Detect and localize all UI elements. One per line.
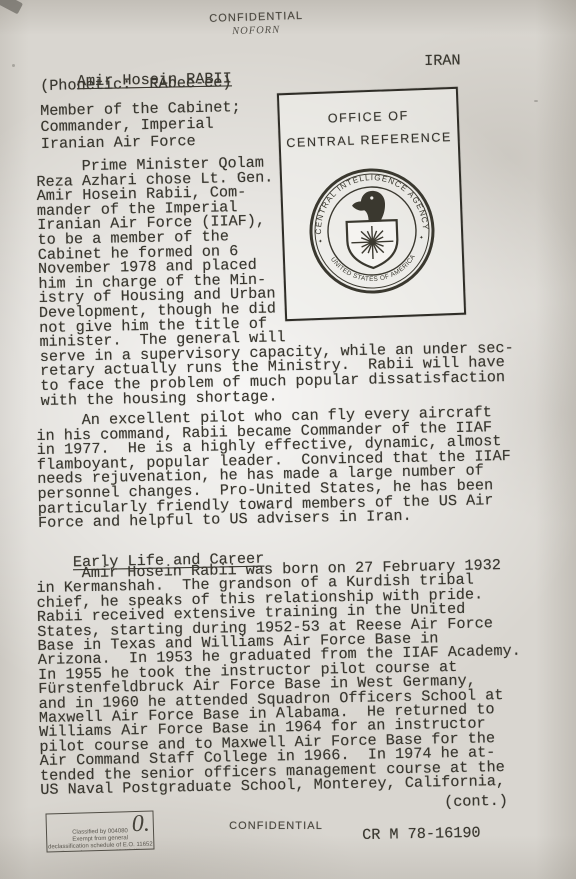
scan-speck bbox=[12, 64, 15, 67]
document-number: CR M 78-16190 bbox=[362, 826, 481, 843]
stamp-handwritten-mark: 0. bbox=[132, 821, 150, 828]
classification-footer: CONFIDENTIAL bbox=[226, 820, 326, 832]
subject-titles: Member of the Cabinet; Commander, Imperi… bbox=[40, 99, 241, 152]
scan-corner-artifact bbox=[0, 0, 23, 14]
scan-speck bbox=[534, 100, 538, 102]
subject-phonetic: (Phonetic: RAbee-ee) bbox=[40, 75, 232, 93]
country-tag: IRAN bbox=[424, 53, 461, 68]
classification-header: CONFIDENTIAL bbox=[204, 10, 308, 25]
declassification-stamp: Classified by 004080 Exempt from general… bbox=[45, 810, 154, 852]
scanned-document-page: CONFIDENTIAL NOFORN IRAN Amir Hosein RAB… bbox=[0, 0, 576, 879]
paragraph-1: Prime Minister Qolam Reza Azhari chose L… bbox=[36, 151, 515, 408]
paragraph-3: Amir Hosein Rabii was born on 27 Februar… bbox=[36, 558, 523, 798]
paragraph-2: An excellent pilot who can fly every air… bbox=[36, 405, 512, 531]
office-box-line2: CENTRAL REFERENCE bbox=[280, 130, 457, 150]
office-box-line1: OFFICE OF bbox=[280, 107, 457, 127]
noforn-marking: NOFORN bbox=[204, 24, 308, 38]
continuation-marker: (cont.) bbox=[444, 794, 508, 810]
